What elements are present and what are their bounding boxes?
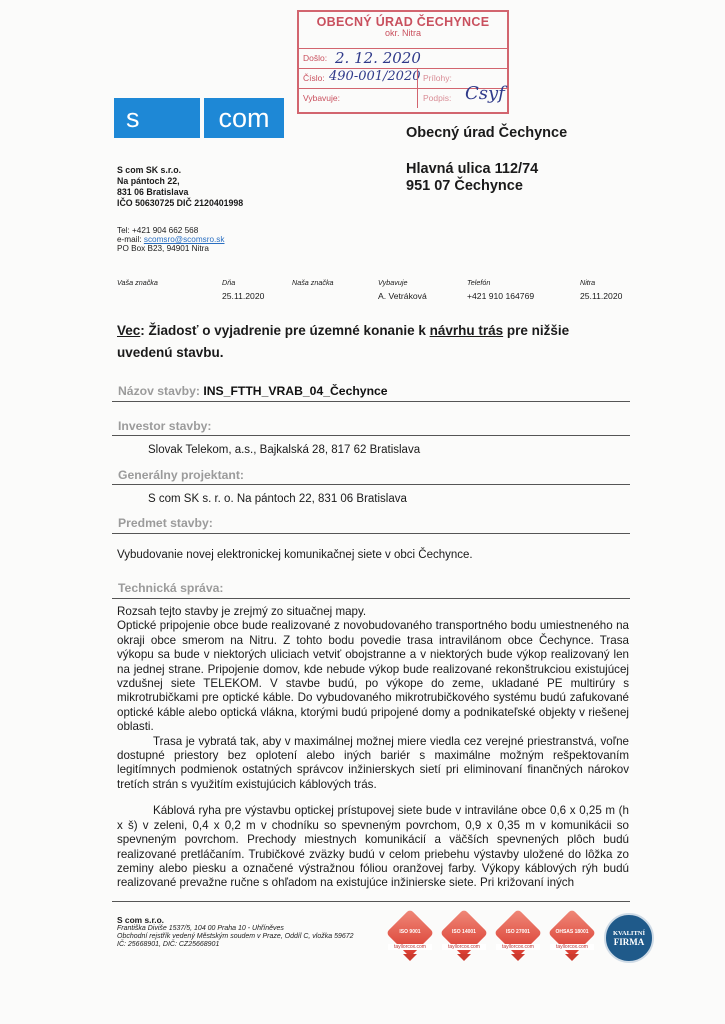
registry-stamp: OBECNÝ ÚRAD ČECHYNCE okr. Nitra Došlo: 2… bbox=[297, 10, 509, 114]
badge-brand: tayllorcox.com bbox=[550, 944, 594, 950]
stamp-label: Číslo: bbox=[303, 73, 325, 83]
stamp-subtitle: okr. Nitra bbox=[299, 28, 507, 38]
ref-header-place: Nitra bbox=[580, 278, 595, 287]
quality-badge-line2: FIRMA bbox=[614, 938, 645, 947]
ref-header-our-ref: Naša značka bbox=[292, 278, 334, 287]
stamp-label: Prílohy: bbox=[423, 73, 452, 83]
designer-value: S com SK s. r. o. Na pántoch 22, 831 06 … bbox=[148, 493, 407, 505]
footer-company-name: S com s.r.o. bbox=[117, 915, 354, 925]
footer-divider bbox=[112, 901, 630, 902]
company-logo: s com bbox=[114, 98, 284, 138]
badge-brand: tayllorcox.com bbox=[442, 944, 486, 950]
investor-label: Investor stavby: bbox=[118, 419, 211, 433]
sender-company: S com SK s.r.o. bbox=[117, 165, 243, 176]
footer-address: Františka Diviše 1537/5, 104 00 Praha 10… bbox=[117, 925, 354, 933]
stamp-row-received: Došlo: 2. 12. 2020 bbox=[299, 48, 507, 68]
designer-label: Generálny projektant: bbox=[118, 468, 244, 482]
badge-brand: tayllorcox.com bbox=[388, 944, 432, 950]
stamp-signature: Csyf bbox=[465, 83, 505, 104]
footer-registry: Obchodní rejstřík vedený Městským soudem… bbox=[117, 933, 354, 941]
stamp-label: Došlo: bbox=[303, 53, 327, 63]
iso-badge-icon: OHSAS 18001tayllorcox.com bbox=[550, 912, 594, 964]
recipient-name: Obecný úrad Čechynce bbox=[406, 125, 567, 141]
stamp-label: Podpis: bbox=[423, 93, 451, 103]
sender-address: S com SK s.r.o. Na pántoch 22, 831 06 Br… bbox=[117, 165, 243, 209]
investor-value: Slovak Telekom, a.s., Bajkalská 28, 817 … bbox=[148, 444, 420, 456]
ref-header-phone: Telefón bbox=[467, 278, 490, 287]
subject-of-build-value: Vybudovanie novej elektronickej komunika… bbox=[117, 549, 473, 561]
subject-of-build-label: Predmet stavby: bbox=[118, 516, 213, 530]
sender-contact: Tel: +421 904 662 568 e-mail: scomsro@sc… bbox=[117, 226, 225, 253]
ref-value-handler: A. Vetráková bbox=[378, 291, 427, 301]
body-paragraph: Optické pripojenie obce bude realizované… bbox=[117, 619, 629, 734]
badge-label: OHSAS 18001 bbox=[550, 929, 594, 935]
footer-company-info: S com s.r.o. Františka Diviše 1537/5, 10… bbox=[117, 915, 354, 949]
body-paragraph: Káblová ryha pre výstavbu optickej príst… bbox=[117, 804, 629, 890]
sender-pobox: PO Box B23, 94901 Nitra bbox=[117, 244, 225, 253]
iso-badge-icon: ISO 27001tayllorcox.com bbox=[496, 912, 540, 964]
section-project-name: Názov stavby: INS_FTTH_VRAB_04_Čechynce bbox=[118, 384, 388, 398]
recipient-city: 951 07 Čechynce bbox=[406, 178, 567, 195]
certification-badges: ISO 9001tayllorcox.com ISO 14001tayllorc… bbox=[388, 912, 654, 964]
technical-report-body: Rozsah tejto stavby je zrejmý zo situačn… bbox=[117, 605, 629, 891]
stamp-file-number: 490-001/2020 bbox=[329, 69, 420, 84]
project-name-value: INS_FTTH_VRAB_04_Čechynce bbox=[203, 384, 387, 398]
sender-phone: Tel: +421 904 662 568 bbox=[117, 226, 225, 235]
divider bbox=[112, 598, 630, 599]
sender-ids: IČO 50630725 DIČ 2120401998 bbox=[117, 198, 243, 209]
body-paragraph: Rozsah tejto stavby je zrejmý zo situačn… bbox=[117, 605, 629, 619]
subject-prefix: Vec bbox=[117, 323, 140, 338]
sender-city: 831 06 Bratislava bbox=[117, 187, 243, 198]
divider bbox=[112, 401, 630, 402]
letter-subject: Vec: Žiadosť o vyjadrenie pre územné kon… bbox=[117, 320, 617, 364]
body-paragraph: Trasa je vybratá tak, aby v maximálnej m… bbox=[117, 735, 629, 793]
subject-underlined: návrhu trás bbox=[430, 323, 504, 338]
ref-value-date: 25.11.2020 bbox=[222, 291, 264, 301]
email-label: e-mail: bbox=[117, 235, 144, 244]
divider bbox=[112, 533, 630, 534]
logo-part-s: s bbox=[114, 98, 200, 138]
sender-email-link[interactable]: scomsro@scomsro.sk bbox=[144, 235, 225, 244]
logo-part-com: com bbox=[204, 98, 284, 138]
stamp-divider bbox=[417, 89, 418, 108]
ref-value-phone: +421 910 164769 bbox=[467, 291, 534, 301]
subject-text: : Žiadosť o vyjadrenie pre územné konani… bbox=[140, 323, 429, 338]
recipient-street: Hlavná ulica 112/74 bbox=[406, 161, 567, 178]
iso-badge-icon: ISO 14001tayllorcox.com bbox=[442, 912, 486, 964]
footer-ids: IČ: 25668901, DIČ: CZ25668901 bbox=[117, 941, 354, 949]
recipient-address: Obecný úrad Čechynce Hlavná ulica 112/74… bbox=[406, 125, 567, 195]
letter-page: OBECNÝ ÚRAD ČECHYNCE okr. Nitra Došlo: 2… bbox=[0, 0, 725, 1024]
stamp-received-date: 2. 12. 2020 bbox=[335, 49, 421, 67]
badge-brand: tayllorcox.com bbox=[496, 944, 540, 950]
sender-street: Na pántoch 22, bbox=[117, 176, 243, 187]
badge-label: ISO 27001 bbox=[496, 929, 540, 935]
iso-badge-icon: ISO 9001tayllorcox.com bbox=[388, 912, 432, 964]
divider bbox=[112, 484, 630, 485]
ref-header-date: Dňa bbox=[222, 278, 235, 287]
quality-firm-badge-icon: KVALITNÍ FIRMA bbox=[604, 913, 654, 963]
technical-report-label: Technická správa: bbox=[118, 581, 223, 595]
badge-label: ISO 14001 bbox=[442, 929, 486, 935]
stamp-divider bbox=[417, 69, 418, 88]
divider bbox=[112, 435, 630, 436]
ref-value-place-date: 25.11.2020 bbox=[580, 291, 622, 301]
ref-header-your-ref: Vaša značka bbox=[117, 278, 158, 287]
badge-label: ISO 9001 bbox=[388, 929, 432, 935]
ref-header-handler: Vybavuje bbox=[378, 278, 407, 287]
stamp-label: Vybavuje: bbox=[303, 93, 340, 103]
stamp-title: OBECNÝ ÚRAD ČECHYNCE bbox=[299, 15, 507, 29]
stamp-row-handler: Vybavuje: Podpis: Csyf bbox=[299, 88, 507, 108]
project-name-label: Názov stavby: bbox=[118, 384, 203, 398]
